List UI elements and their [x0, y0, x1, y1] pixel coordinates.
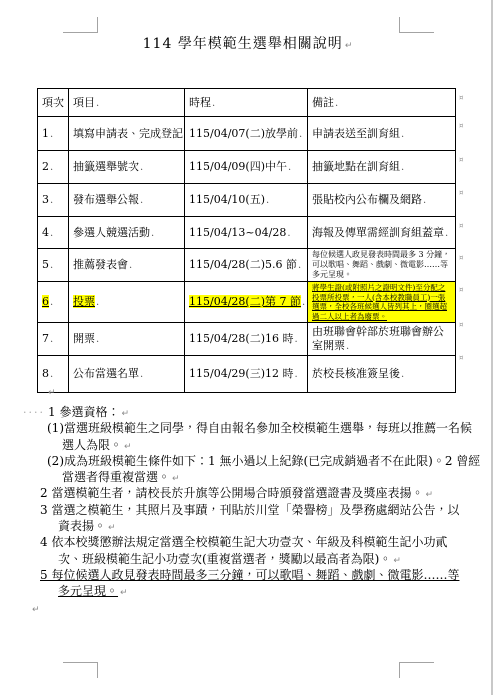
margin-corner-mark	[399, 17, 434, 33]
table-row-highlighted: 6. 投票. 115/04/28(二)第 7 節. 將學生證(或附照片之證明文件…	[38, 282, 456, 323]
cell-time: 115/04/28(二)5.6 節.	[185, 249, 308, 282]
paragraph-mark: ↵	[32, 605, 40, 615]
header-time: 時程.	[185, 89, 308, 117]
cell-end-mark: .	[50, 297, 53, 308]
cell-no: 7.	[38, 323, 69, 356]
cell-end-mark: .	[294, 334, 297, 345]
cell-end-mark: .	[129, 260, 132, 271]
cell-end-mark: .	[96, 297, 99, 308]
row-end-mark: ¤	[459, 286, 463, 294]
cell-end-mark: .	[401, 369, 404, 380]
note-line: 資表揚。↵	[23, 518, 483, 534]
table-header-row: 項次 項目. 時程. 備註.	[38, 89, 456, 117]
notes-section: ····1 參選資格：↵ (1)當選班級模範生之同學，得自由報名參加全校模範生選…	[23, 404, 483, 616]
row-end-mark: ¤	[459, 94, 463, 102]
table-row: 2. 抽籤選舉號次. 115/04/09(四)中午. 抽籤地點在訓育組.	[38, 151, 456, 184]
cell-end-mark: .	[140, 369, 143, 380]
cell-note: 由班聯會幹部於班聯會辦公室開票.	[308, 323, 456, 356]
row-end-mark: ¤	[459, 222, 463, 230]
cell-end-mark: .	[50, 195, 53, 206]
cell-time: 115/04/10(五).	[185, 184, 308, 217]
cell-end-mark: .	[212, 98, 215, 109]
note-line: (1)當選班級模範生之同學，得自由報名參加全校模範生選舉，每班以推薦一名候	[23, 420, 483, 436]
row-end-mark: ¤	[459, 189, 463, 197]
cell-note: 申請表送至訓育組.	[308, 117, 456, 151]
cell-end-mark: .	[287, 228, 290, 239]
cell-note: 將學生證(或附照片之證明文件)至分配之投票所投票，一人(含本校教職員工)一張選票…	[308, 282, 456, 323]
cell-time: 115/04/29(三)12 時.	[185, 356, 308, 393]
paragraph-mark: ↵	[121, 409, 129, 419]
cell-no: 3.	[38, 184, 69, 217]
cell-end-mark: .	[140, 162, 143, 173]
space-marks: ····	[23, 406, 45, 419]
row-end-mark: ¤	[459, 354, 463, 362]
cell-note: 張貼校內公布欄及網路.	[308, 184, 456, 217]
row-end-mark: ¤	[459, 122, 463, 130]
cell-no: 5.	[38, 249, 69, 282]
cell-note: 於校長核准簽呈後.	[308, 356, 456, 393]
row-end-mark: ¤	[459, 254, 463, 262]
table-row: 7. 開票. 115/04/28(二)16 時. 由班聯會幹部於班聯會辦公室開票…	[38, 323, 456, 356]
title-text: 114 學年模範生選舉相關說明	[143, 36, 343, 52]
cell-end-mark: .	[266, 195, 269, 206]
paragraph-mark: ↵	[393, 556, 401, 566]
cell-end-mark: .	[401, 162, 404, 173]
table-row: 1. 填寫申請表、完成登記. 115/04/07(二)放學前. 申請表送至訓育組…	[38, 117, 456, 151]
cell-end-mark: .	[151, 228, 154, 239]
cell-note: 抽籤地點在訓育組.	[308, 151, 456, 184]
empty-paragraph-mark: ↵	[48, 388, 56, 398]
cell-end-mark: .	[96, 334, 99, 345]
cell-end-mark: .	[50, 369, 53, 380]
cell-no: 6.	[38, 282, 69, 323]
page-title: 114 學年模範生選舉相關說明↵	[0, 33, 496, 53]
note-line: ····1 參選資格：↵	[23, 404, 483, 420]
cell-end-mark: .	[401, 129, 404, 140]
cell-end-mark: .	[288, 162, 291, 173]
cell-no: 2.	[38, 151, 69, 184]
note-line: 3 當選之模範生，其照片及事蹟，刊貼於川堂「榮譽榜」及學務處網站公告，以	[23, 502, 483, 518]
cell-end-mark: .	[298, 260, 301, 271]
note-line: 選人為限。↵	[23, 437, 483, 453]
cell-time: 115/04/28(二)第 7 節.	[185, 282, 308, 323]
cell-end-mark: .	[445, 228, 448, 239]
cell-time: 115/04/07(二)放學前.	[185, 117, 308, 151]
row-end-mark: ¤	[459, 156, 463, 164]
paragraph-mark: ↵	[124, 442, 132, 452]
cell-note: 每位候選人政見發表時間最多 3 分鐘，可以歌唱、舞蹈、戲劇、微電影……等多元呈現…	[308, 249, 456, 282]
note-line: 當選者得重複當選。↵	[23, 469, 483, 485]
cell-end-mark: .	[50, 228, 53, 239]
cell-item: 投票.	[69, 282, 185, 323]
margin-corner-mark	[63, 17, 98, 33]
paragraph-mark: ↵	[425, 490, 433, 500]
cell-end-mark: .	[294, 369, 297, 380]
table-row: 8. 公布當選名單. 115/04/29(三)12 時. 於校長核准簽呈後.	[38, 356, 456, 393]
cell-end-mark: .	[50, 162, 53, 173]
cell-end-mark: .	[346, 341, 349, 352]
cell-item: 公布當選名單.	[69, 356, 185, 393]
cell-item: 發布選舉公報.	[69, 184, 185, 217]
cell-time: 115/04/28(二)16 時.	[185, 323, 308, 356]
word-document-page: 114 學年模範生選舉相關說明↵ 項次 項目. 時程. 備註. 1. 填寫申請表…	[0, 0, 496, 695]
schedule-table: 項次 項目. 時程. 備註. 1. 填寫申請表、完成登記. 115/04/07(…	[37, 88, 456, 393]
cell-item: 開票.	[69, 323, 185, 356]
row-end-mark: ¤	[459, 321, 463, 329]
paragraph-mark: ↵	[345, 41, 354, 51]
cell-time: 115/04/09(四)中午.	[185, 151, 308, 184]
cell-note: 海報及傳單需經訓育組蓋章.	[308, 217, 456, 249]
cell-end-mark: .	[140, 195, 143, 206]
cell-end-mark: .	[50, 129, 53, 140]
cell-item: 參選人競選活動.	[69, 217, 185, 249]
note-line: 次、班級模範生記小功壹次(重複當選者，獎勵以最高者為限)。↵	[23, 551, 483, 567]
note-line: 2 當選模範生者，請校長於升旗等公開場合時頒發當選證書及獎座表揚。↵	[23, 485, 483, 501]
cell-end-mark: .	[50, 334, 53, 345]
margin-corner-mark	[63, 662, 98, 678]
cell-end-mark: .	[335, 98, 338, 109]
cell-item: 填寫申請表、完成登記.	[69, 117, 185, 151]
note-line: 多元呈現。↵	[23, 583, 483, 599]
cell-item: 抽籤選舉號次.	[69, 151, 185, 184]
note-line: 4 依本校獎懲辦法規定當選全校模範生記大功壹次、年級及科模範生記小功貳	[23, 534, 483, 550]
paragraph-mark: ↵	[120, 588, 128, 598]
margin-corner-mark	[399, 662, 434, 678]
table-row: 5. 推薦發表會. 115/04/28(二)5.6 節. 每位候選人政見發表時間…	[38, 249, 456, 282]
header-no: 項次	[38, 89, 69, 117]
page-edge	[491, 0, 493, 695]
empty-note-line: ↵	[23, 600, 483, 616]
note-line: 5 每位候選人政見發表時間最多三分鐘，可以歌唱、舞蹈、戲劇、微電影……等	[23, 567, 483, 583]
cell-no: 4.	[38, 217, 69, 249]
paragraph-mark: ↵	[172, 474, 180, 484]
cell-end-mark: .	[96, 98, 99, 109]
cell-end-mark: .	[299, 129, 302, 140]
cell-end-mark: .	[50, 260, 53, 271]
paragraph-mark: ↵	[108, 523, 116, 533]
cell-no: 8.	[38, 356, 69, 393]
cell-item: 推薦發表會.	[69, 249, 185, 282]
cell-end-mark: .	[302, 297, 305, 308]
table-row: 4. 參選人競選活動. 115/04/13~04/28. 海報及傳單需經訓育組蓋…	[38, 217, 456, 249]
cell-time: 115/04/13~04/28.	[185, 217, 308, 249]
table-row: 3. 發布選舉公報. 115/04/10(五). 張貼校內公布欄及網路.	[38, 184, 456, 217]
cell-end-mark: .	[423, 195, 426, 206]
cell-no: 1.	[38, 117, 69, 151]
header-note: 備註.	[308, 89, 456, 117]
header-item: 項目.	[69, 89, 185, 117]
note-line: (2)成為班級模範生條件如下：1 無小過以上紀錄(已完成銷過者不在此限)。2 曾…	[23, 453, 483, 469]
